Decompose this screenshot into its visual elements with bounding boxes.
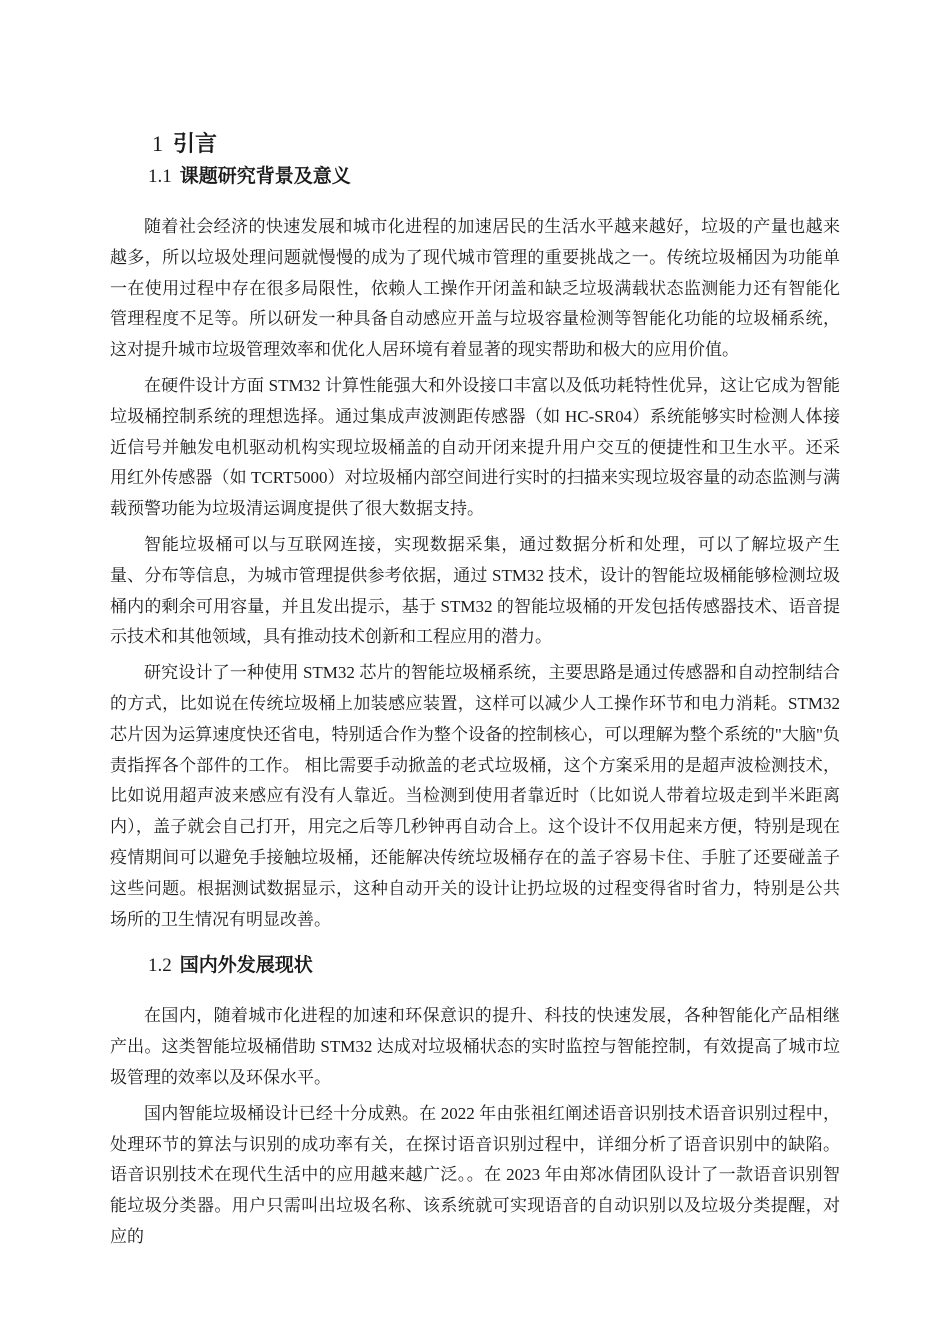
chapter-heading: 1引言 [110,128,840,160]
subsection-title-1-1: 课题研究背景及意义 [180,166,351,187]
paragraph-status-2: 国内智能垃圾桶设计已经十分成熟。在 2022 年由张祖红阐述语音识别技术语音识别… [110,1099,840,1253]
subsection-number-1-1: 1.1 [148,166,172,187]
subsection-heading-1-2: 1.2国内外发展现状 [110,951,840,981]
paragraph-background-1: 随着社会经济的快速发展和城市化进程的加速居民的生活水平越来越好，垃圾的产量也越来… [110,212,840,366]
document-page: 1引言 1.1课题研究背景及意义 随着社会经济的快速发展和城市化进程的加速居民的… [0,0,950,1344]
subsection-number-1-2: 1.2 [148,955,172,976]
subsection-title-1-2: 国内外发展现状 [180,955,313,976]
subsection-heading-1-1: 1.1课题研究背景及意义 [110,162,840,192]
paragraph-background-2: 在硬件设计方面 STM32 计算性能强大和外设接口丰富以及低功耗特性优异，这让它… [110,371,840,525]
paragraph-background-3: 智能垃圾桶可以与互联网连接，实现数据采集，通过数据分析和处理，可以了解垃圾产生量… [110,530,840,653]
paragraph-background-4: 研究设计了一种使用 STM32 芯片的智能垃圾桶系统，主要思路是通过传感器和自动… [110,658,840,935]
chapter-title: 引言 [173,131,217,156]
paragraph-status-1: 在国内，随着城市化进程的加速和环保意识的提升、科技的快速发展，各种智能化产品相继… [110,1001,840,1093]
chapter-number: 1 [152,131,163,156]
